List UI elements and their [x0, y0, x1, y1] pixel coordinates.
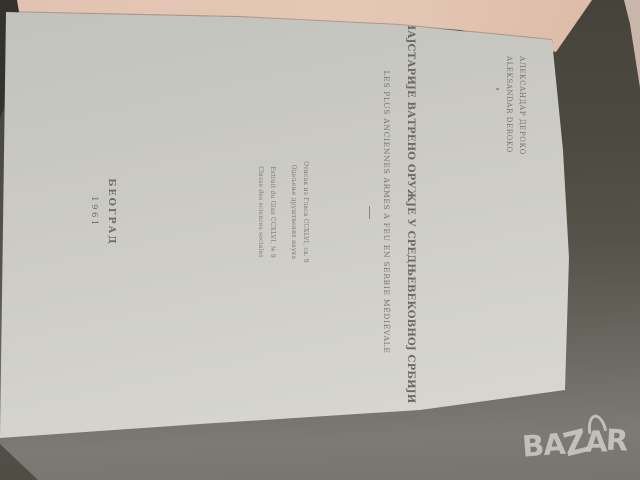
- imprint-line-french-1: Extrait du Glas CCXLVI, № 9: [266, 0, 278, 424]
- paper-speck: [496, 88, 499, 90]
- bazar-watermark: BAZAR: [521, 422, 629, 463]
- imprint-line-french-2: Classe des sciences sociales: [254, 0, 266, 424]
- author-name-cyrillic: АЛЕКСАНДАР ДЕРОКО: [515, 56, 528, 155]
- author-name-latin: ALEKSANDAR DEROKO: [502, 56, 515, 155]
- imprint-line-serbian-1: Отисак из Гласа CCXLVI, св. 9: [299, 0, 311, 424]
- book-title-french: LES PLUS ANCIENNES ARMES À FEU EN SERBIE…: [382, 0, 391, 440]
- watermark-text-r: R: [605, 423, 628, 458]
- title-page-paper: АЛЕКСАНДАР ДЕРОКО ALEKSANDAR DEROKO НАЈС…: [0, 0, 640, 480]
- imprint-line-serbian-2: Одељење друштвених наука: [287, 0, 299, 424]
- shopping-bag-handle-icon: [585, 413, 607, 434]
- rotated-page-content: АЛЕКСАНДАР ДЕРОКО ALEKSANDAR DEROKO НАЈС…: [0, 0, 640, 440]
- book-title-cyrillic: НАЈСТАРИЈЕ ВАТРЕНО ОРУЖЈЕ У СРЕДЊЕВЕКОВН…: [405, 0, 416, 440]
- watermark-text-ba: BA: [521, 427, 566, 464]
- author-block: АЛЕКСАНДАР ДЕРОКО ALEKSANDAR DEROKO: [502, 56, 528, 155]
- photo-scene: АЛЕКСАНДАР ДЕРОКО ALEKSANDAR DEROKO НАЈС…: [0, 0, 640, 480]
- background-shadow-bottom: [0, 440, 44, 480]
- publication-city: БЕОГРАД: [106, 0, 117, 440]
- imprint-block: Отисак из Гласа CCXLVI, св. 9 Одељење др…: [254, 0, 311, 440]
- publication-year: 1961: [89, 0, 99, 440]
- title-divider-rule: [369, 206, 370, 219]
- watermark-text-a: A: [584, 424, 606, 458]
